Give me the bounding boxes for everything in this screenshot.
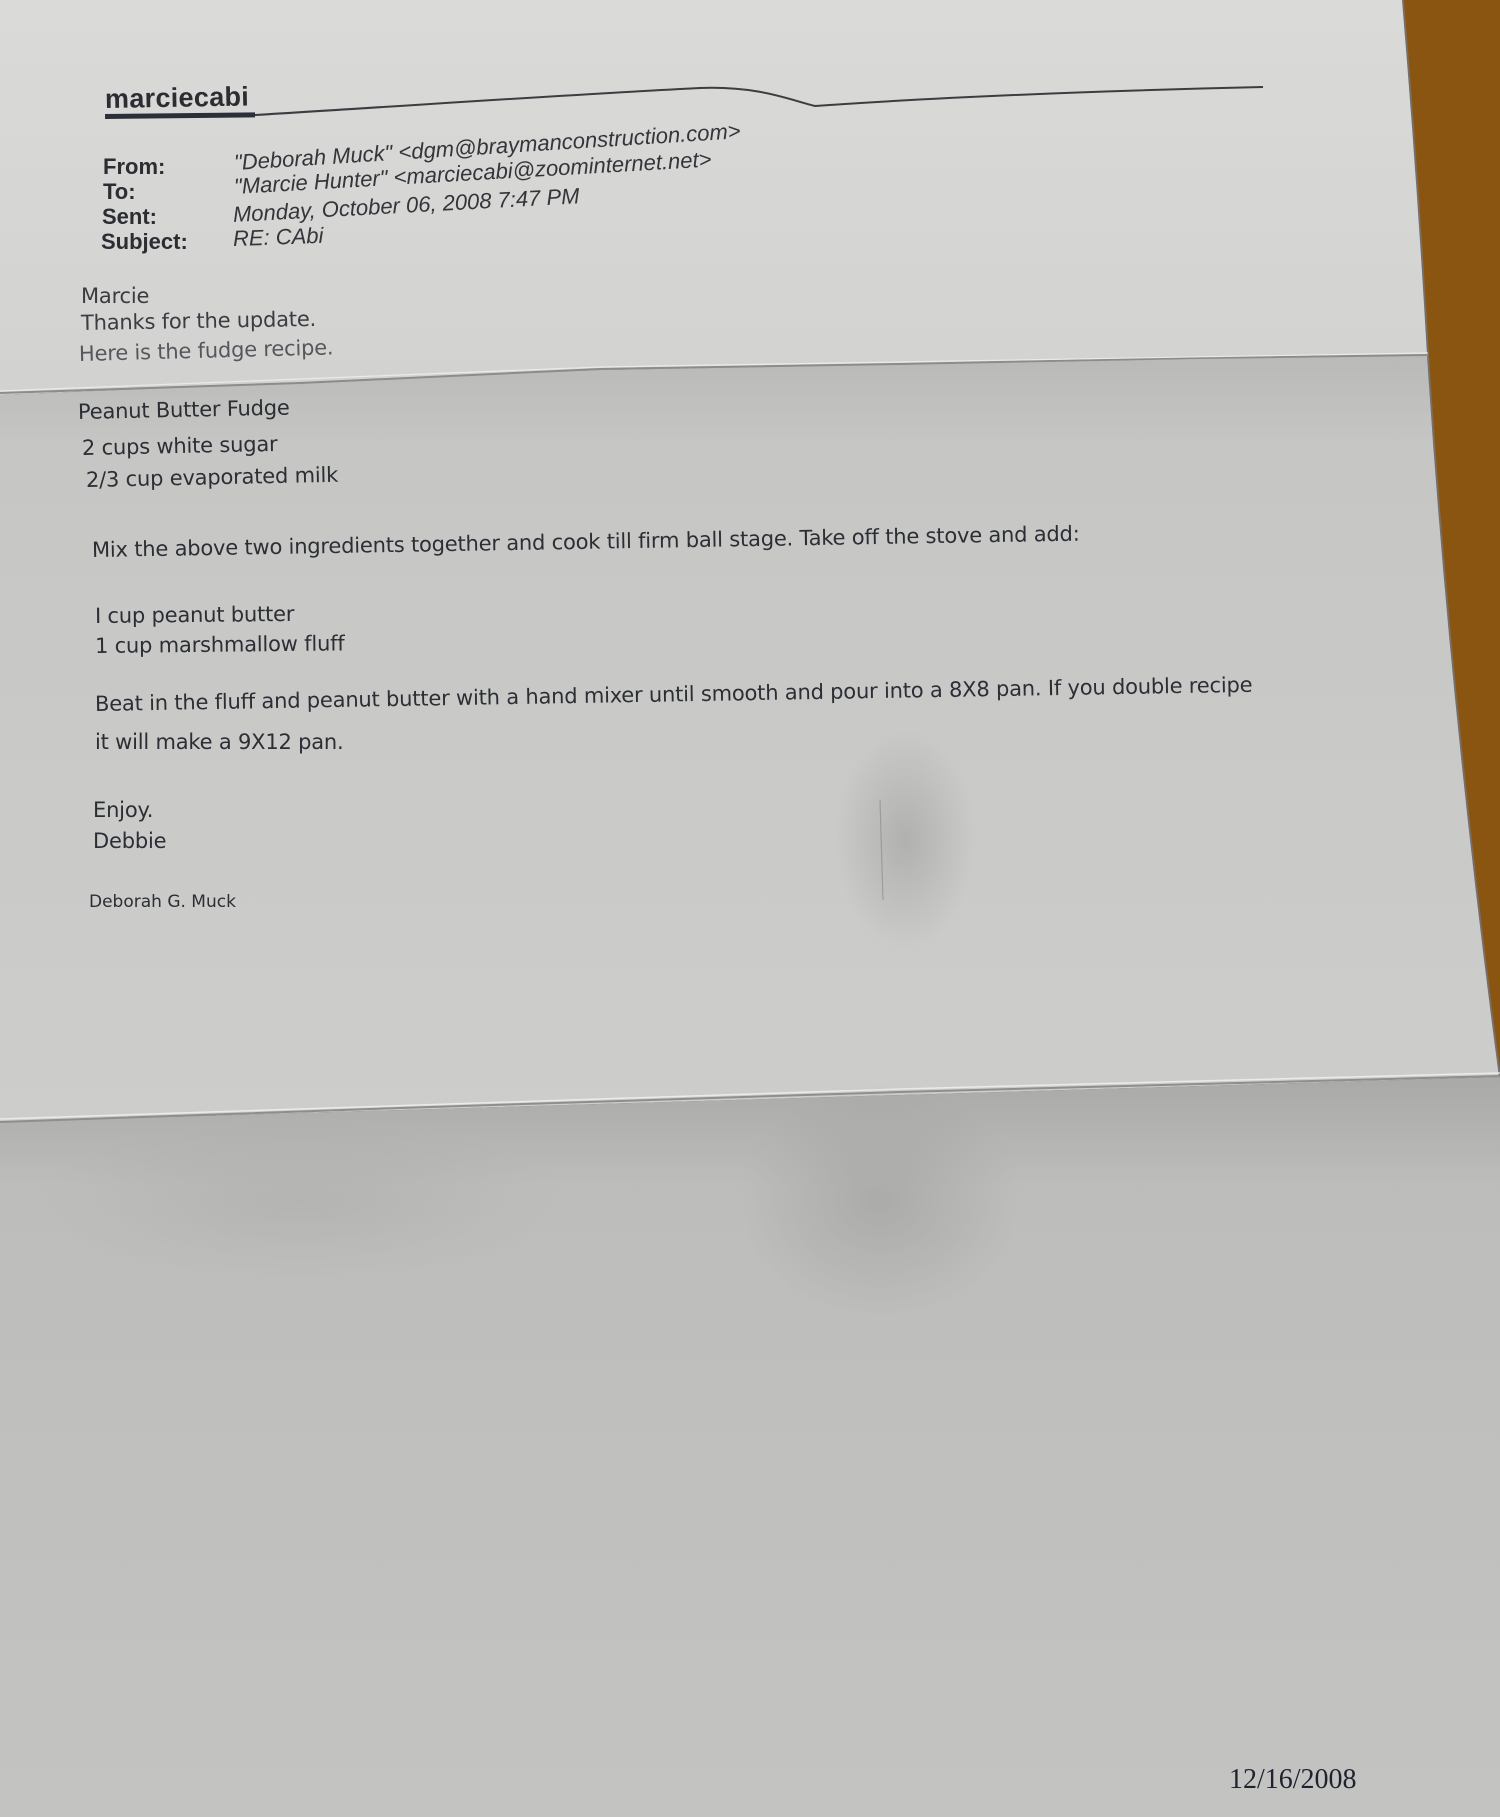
greeting-line-2: Here is the fudge recipe. — [79, 335, 334, 366]
recipe-ingredient: 1 cup marshmallow fluff — [95, 631, 345, 658]
closing-line-1: Enjoy. — [93, 798, 153, 822]
greeting-salutation: Marcie — [81, 284, 149, 308]
header-label-subject: Subject: — [101, 229, 188, 255]
recipe-ingredient: 2 cups white sugar — [82, 432, 278, 460]
email-printout: marciecabi From: To: Sent: Subject: "Deb… — [0, 0, 1500, 1817]
recipe-title: Peanut Butter Fudge — [78, 396, 290, 424]
recipe-ingredient: 2/3 cup evaporated milk — [86, 463, 339, 492]
header-value-subject: RE: CAbi — [233, 223, 324, 252]
recipe-ingredient: I cup peanut butter — [95, 602, 294, 628]
closing-line-2: Debbie — [93, 829, 166, 853]
masthead-title: marciecabi — [105, 81, 250, 115]
signature: Deborah G. Muck — [89, 892, 236, 912]
recipe-step-2-line-1: Beat in the fluff and peanut butter with… — [95, 673, 1253, 716]
header-label-from: From: — [103, 154, 165, 180]
recipe-step-2-line-2: it will make a 9X12 pan. — [95, 730, 344, 754]
greeting-line-1: Thanks for the update. — [81, 307, 316, 335]
header-label-to: To: — [103, 179, 136, 205]
date-stamp: 12/16/2008 — [1229, 1764, 1357, 1796]
header-label-sent: Sent: — [102, 204, 157, 230]
recipe-step-1: Mix the above two ingredients together a… — [92, 522, 1080, 562]
